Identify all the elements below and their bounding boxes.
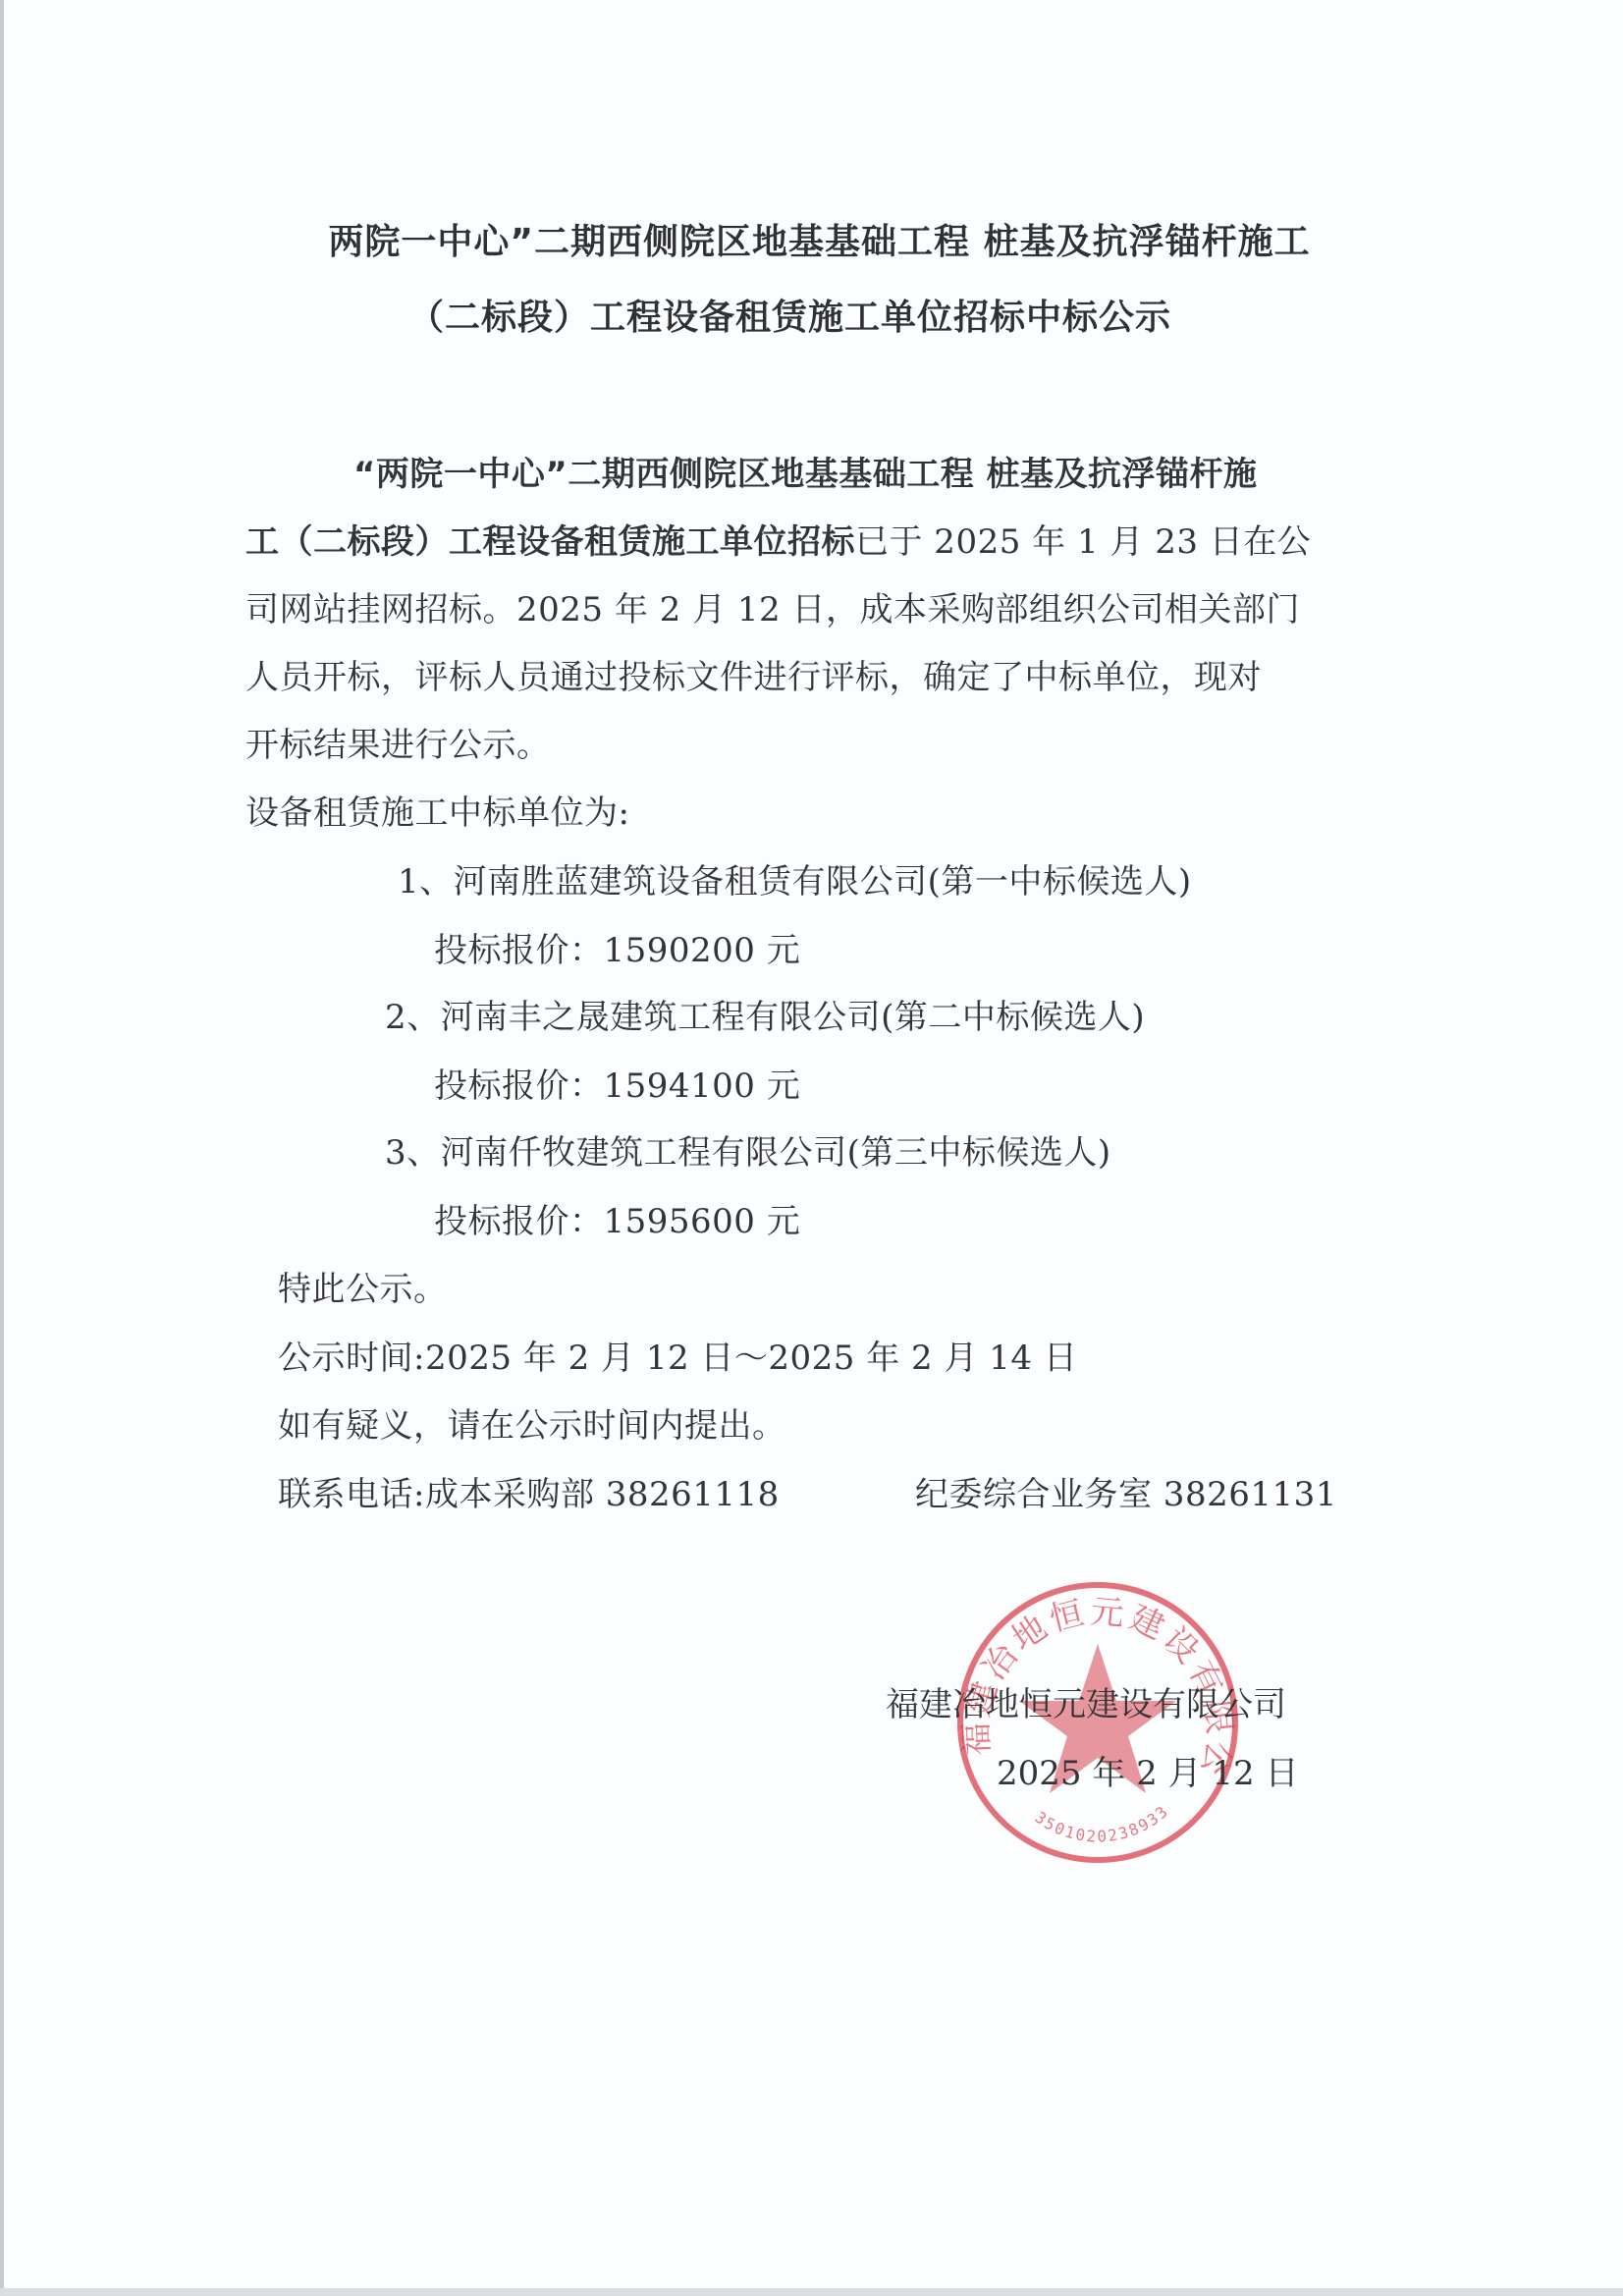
signature-company: 福建冶地恒元建设有限公司 xyxy=(886,1677,1286,1725)
intro-line-2: 工（二标段）工程设备租赁施工单位招标已于 2025 年 1 月 23 日在公 xyxy=(245,515,1311,563)
candidate-3-bid: 投标报价：1595600 元 xyxy=(434,1194,800,1242)
candidate-3-name: 3、河南仟牧建筑工程有限公司(第三中标候选人) xyxy=(385,1125,1111,1174)
intro-line-2-bold: 工（二标段）工程设备租赁施工单位招标 xyxy=(245,522,855,562)
document-title-line-2: （二标段）工程设备租赁施工单位招标中标公示 xyxy=(0,290,1601,340)
candidate-1-bid: 投标报价：1590200 元 xyxy=(434,923,800,971)
document-title-line-1: 两院一中心”二期西侧院区地基基础工程 桩基及抗浮锚杆施工 xyxy=(8,214,1623,264)
intro-line-5: 开标结果进行公示。 xyxy=(245,718,551,766)
contact-procurement: 联系电话:成本采购部 38261118 xyxy=(278,1467,780,1515)
candidate-2-name: 2、河南丰之晟建筑工程有限公司(第二中标候选人) xyxy=(385,990,1145,1038)
intro-line-4: 人员开标，评标人员通过投标文件进行评标，确定了中标单位，现对 xyxy=(245,650,1262,698)
candidate-1-name: 1、河南胜蓝建筑设备租赁有限公司(第一中标候选人) xyxy=(398,854,1192,902)
intro-line-1: “两院一中心”二期西侧院区地基基础工程 桩基及抗浮锚杆施 xyxy=(353,447,1258,495)
scan-left-edge xyxy=(0,0,4,2296)
signature-date: 2025 年 2 月 12 日 xyxy=(997,1746,1298,1794)
intro-line-2-rest: 已于 2025 年 1 月 23 日在公 xyxy=(855,522,1311,562)
publicity-period: 公示时间:2025 年 2 月 12 日～2025 年 2 月 14 日 xyxy=(278,1331,1077,1379)
intro-line-3: 司网站挂网招标。2025 年 2 月 12 日，成本采购部组织公司相关部门 xyxy=(245,582,1300,630)
scan-bottom-edge xyxy=(0,2288,1623,2296)
winners-heading: 设备租赁施工中标单位为: xyxy=(245,786,629,834)
contact-discipline-office: 纪委综合业务室 38261131 xyxy=(915,1467,1337,1515)
notice-text: 特此公示。 xyxy=(278,1262,448,1310)
candidate-2-bid: 投标报价：1594100 元 xyxy=(434,1059,800,1107)
objection-note: 如有疑义，请在公示时间内提出。 xyxy=(278,1398,786,1447)
svg-text:3501020238933: 3501020238933 xyxy=(1032,1801,1173,1845)
